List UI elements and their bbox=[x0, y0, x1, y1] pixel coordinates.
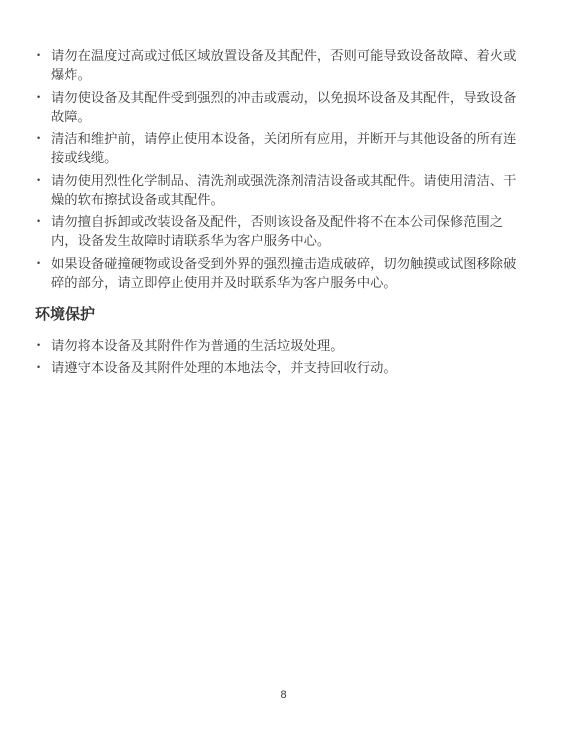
bullet-icon: • bbox=[37, 88, 51, 107]
section-heading-environmental-protection: 环境保护 bbox=[35, 305, 567, 325]
manual-page: •请勿在温度过高或过低区域放置设备及其配件，否则可能导致设备故障、着火或爆炸。•… bbox=[0, 0, 567, 737]
bullet-icon: • bbox=[37, 129, 51, 148]
page-footer: 8 bbox=[0, 688, 567, 702]
list-item-text: 请勿使设备及其配件受到强烈的冲击或震动，以免损坏设备及其配件，导致设备故障。 bbox=[51, 88, 521, 127]
list-item-text: 请勿使用烈性化学制品、清洗剂或强洗涤剂清洁设备或其配件。请使用清洁、干燥的软布擦… bbox=[51, 171, 521, 210]
bullet-icon: • bbox=[37, 336, 51, 355]
list-item: •请勿擅自拆卸或改装设备及配件，否则该设备及配件将不在本公司保修范围之内，设备发… bbox=[37, 212, 521, 251]
list-item-text: 请遵守本设备及其附件处理的本地法令，并支持回收行动。 bbox=[51, 358, 521, 377]
bullet-icon: • bbox=[37, 171, 51, 190]
list-item: •请勿使用烈性化学制品、清洗剂或强洗涤剂清洁设备或其配件。请使用清洁、干燥的软布… bbox=[37, 171, 521, 210]
list-item: •如果设备碰撞硬物或设备受到外界的强烈撞击造成破碎，切勿触摸或试图移除破碎的部分… bbox=[37, 254, 521, 293]
bullet-icon: • bbox=[37, 358, 51, 377]
list-item-text: 请勿将本设备及其附件作为普通的生活垃圾处理。 bbox=[51, 336, 521, 355]
page-number: 8 bbox=[280, 689, 286, 701]
bullet-icon: • bbox=[37, 46, 51, 65]
list-item: •请勿在温度过高或过低区域放置设备及其配件，否则可能导致设备故障、着火或爆炸。 bbox=[37, 46, 521, 85]
bullet-icon: • bbox=[37, 212, 51, 231]
bullet-icon: • bbox=[37, 254, 51, 273]
list-item: •请勿将本设备及其附件作为普通的生活垃圾处理。 bbox=[37, 336, 521, 355]
list-item: •清洁和维护前，请停止使用本设备，关闭所有应用，并断开与其他设备的所有连接或线缆… bbox=[37, 129, 521, 168]
list-item: •请遵守本设备及其附件处理的本地法令，并支持回收行动。 bbox=[37, 358, 521, 377]
list-item-text: 清洁和维护前，请停止使用本设备，关闭所有应用，并断开与其他设备的所有连接或线缆。 bbox=[51, 129, 521, 168]
list-item-text: 如果设备碰撞硬物或设备受到外界的强烈撞击造成破碎，切勿触摸或试图移除破碎的部分，… bbox=[51, 254, 521, 293]
list-item-text: 请勿在温度过高或过低区域放置设备及其配件，否则可能导致设备故障、着火或爆炸。 bbox=[51, 46, 521, 85]
list-item-text: 请勿擅自拆卸或改装设备及配件，否则该设备及配件将不在本公司保修范围之内，设备发生… bbox=[51, 212, 521, 251]
safety-precautions-list: •请勿在温度过高或过低区域放置设备及其配件，否则可能导致设备故障、着火或爆炸。•… bbox=[37, 46, 521, 292]
list-item: •请勿使设备及其配件受到强烈的冲击或震动，以免损坏设备及其配件，导致设备故障。 bbox=[37, 88, 521, 127]
environmental-protection-list: •请勿将本设备及其附件作为普通的生活垃圾处理。•请遵守本设备及其附件处理的本地法… bbox=[37, 336, 521, 378]
